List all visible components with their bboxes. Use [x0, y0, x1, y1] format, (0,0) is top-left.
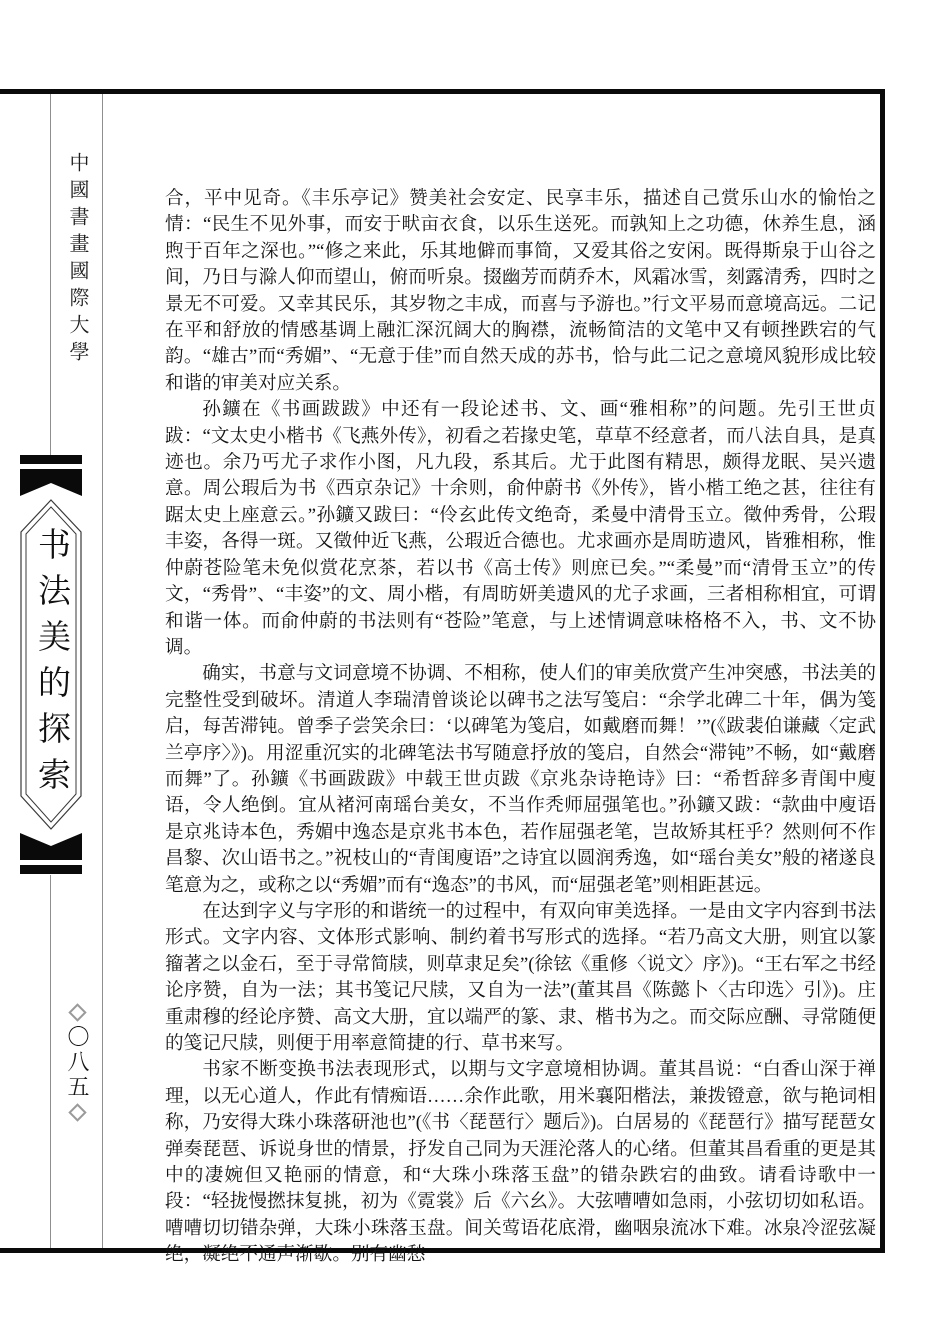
- frame-top-border: [0, 89, 885, 94]
- paragraph: 在达到字义与字形的和谐统一的过程中，有双向审美选择。一是由文字内容到书法形式。文…: [165, 899, 876, 1057]
- emblem-ribbon-bottom: [20, 833, 82, 860]
- book-title-emblem: 书法美的探索: [20, 455, 82, 875]
- page-number-block: 〇八五: [51, 1002, 103, 1123]
- paragraph: 孙鑛在《书画跋跋》中还有一段论述书、文、画“雅相称”的问题。先引王世贞跋：“文太…: [165, 397, 876, 661]
- book-title: 书法美的探索: [20, 527, 82, 803]
- emblem-bar-top: [20, 455, 82, 464]
- frame-right-border: [880, 89, 885, 1253]
- main-text: 合，平中见奇。《丰乐亭记》赞美社会安定、民享丰乐，描述自己赏乐山水的愉怡之情：“…: [165, 186, 876, 1269]
- paragraph: 书家不断变换书法表现形式，以期与文字意境相协调。董其昌说：“白香山深于禅理，以无…: [165, 1057, 876, 1268]
- paragraph: 确实，书意与文词意境不协调、不相称，使人们的审美欣赏产生冲突感，书法美的完整性受…: [165, 661, 876, 899]
- diamond-ornament-icon: [68, 1003, 86, 1021]
- emblem-bar-bottom: [20, 865, 82, 874]
- paragraph: 合，平中见奇。《丰乐亭记》赞美社会安定、民享丰乐，描述自己赏乐山水的愉怡之情：“…: [165, 186, 876, 397]
- university-title: 中國書畫國際大學: [64, 152, 90, 368]
- emblem-hexagon-frame: 书法美的探索: [20, 499, 82, 830]
- diamond-ornament-icon: [68, 1103, 86, 1121]
- emblem-ribbon-top: [20, 469, 82, 496]
- page-number: 〇八五: [64, 1025, 90, 1100]
